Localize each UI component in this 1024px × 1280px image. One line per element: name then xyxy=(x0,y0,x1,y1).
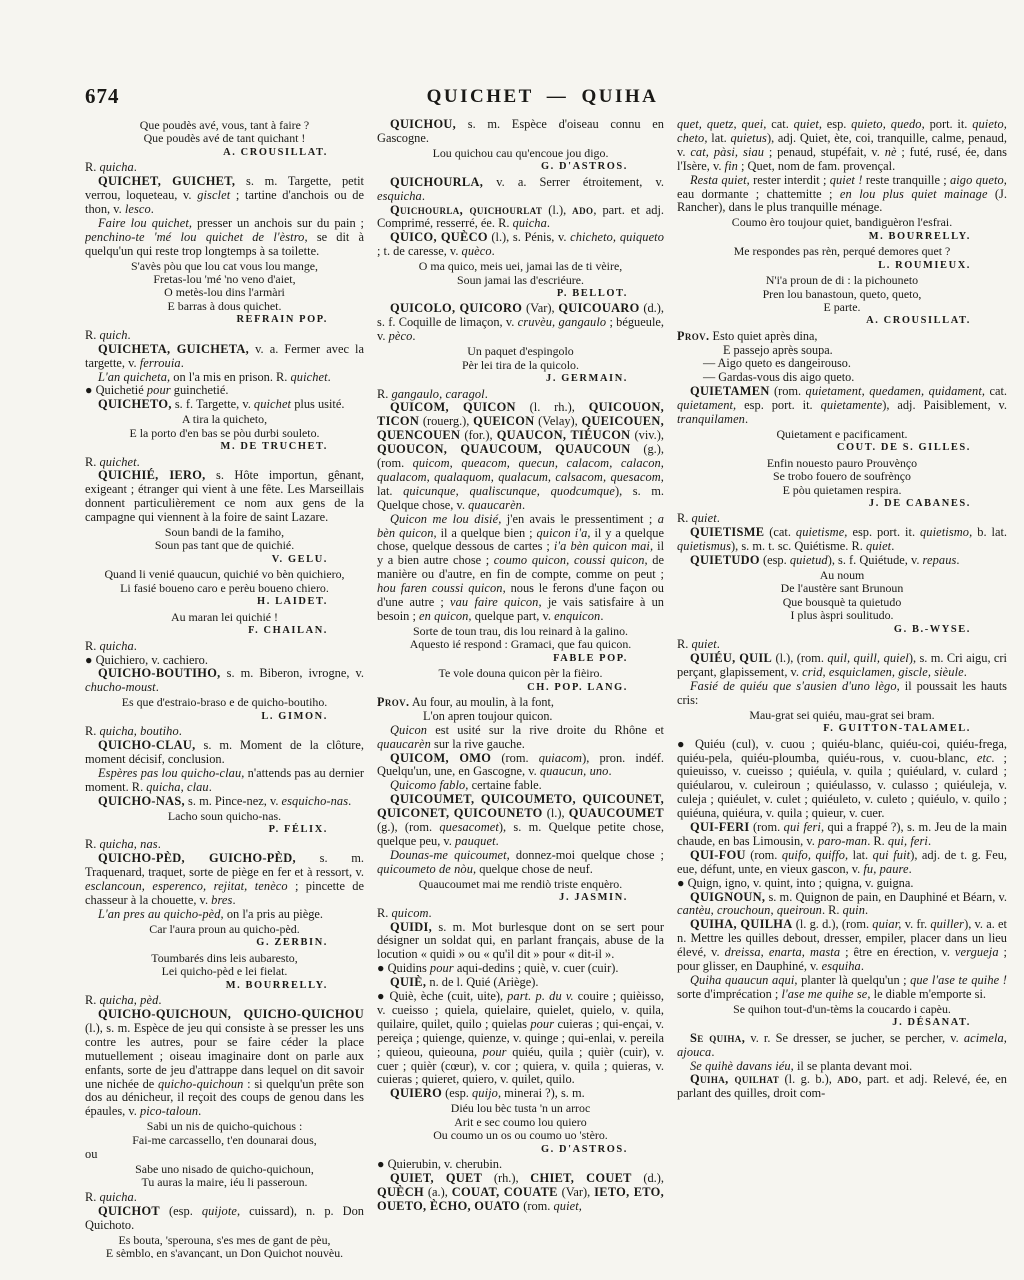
proverb-variant: — Aigo queto es dangeirouso.— Gardas-vou… xyxy=(677,357,1007,385)
verse-quote: Enfin nouesto pauro ProuvènçoSe trobo fo… xyxy=(677,457,1007,497)
verse-quote: Sabe uno nisado de quicho-quichoun,Tu au… xyxy=(85,1163,364,1190)
verse-quote: Es que d'estraio-braso e de quicho-bouti… xyxy=(85,696,364,709)
entry-paragraph: R. quiet. xyxy=(677,512,1007,526)
text-line: E passejo après soupa. xyxy=(677,344,1007,358)
verse-quote: A tira la quicheto,E la porto d'en bas s… xyxy=(85,413,364,440)
entry-paragraph: ● Quiéu (cul), v. cuou ; quiéu-blanc, qu… xyxy=(677,738,1007,821)
entry-paragraph: R. quicom. xyxy=(377,907,664,921)
entry-paragraph: QUICHOU, s. m. Espèce d'oiseau connu en … xyxy=(377,118,664,146)
entry-paragraph: QUIÉU, QUIL (l.), (rom. quil, quill, qui… xyxy=(677,652,1007,680)
citation-attribution: G. D'ASTROS. xyxy=(377,161,664,174)
column-left: Que poudès avé, vous, tant à faire ?Que … xyxy=(85,118,364,1258)
verse-quote: Lou quichou cau qu'encoue jou digo. xyxy=(377,147,664,160)
citation-attribution: F. GUITTON-TALAMEL. xyxy=(677,723,1007,736)
entry-paragraph: R. gangaulo, caragol. xyxy=(377,388,664,402)
citation-attribution: P. FÉLIX. xyxy=(85,824,364,837)
verse-quote: Toumbarés dins leis aubaresto,Lei quicho… xyxy=(85,952,364,979)
citation-attribution: M. BOURRELLY. xyxy=(85,980,364,993)
entry-paragraph: QUIDI, s. m. Mot burlesque dont on se se… xyxy=(377,921,664,963)
text-line: Me respondes pas rèn, perqué demores que… xyxy=(677,245,1007,258)
citation-attribution: A. CROUSILLAT. xyxy=(677,315,1007,328)
text-line: Soun jamai las d'escriéure. xyxy=(377,274,664,287)
entry-paragraph: quet, quetz, quei, cat. quiet, esp. quie… xyxy=(677,118,1007,174)
entry-paragraph: QUIGNOUN, s. m. Quignon de pain, en Daup… xyxy=(677,891,1007,919)
entry-paragraph: QUICHOURLA, v. a. Serrer étroitement, v.… xyxy=(377,176,664,204)
entry-paragraph: QUI-FOU (rom. quifo, quiffo, lat. qui fu… xyxy=(677,849,1007,877)
verse-quote: Sorte de toun trau, dis lou reinard à la… xyxy=(377,625,664,652)
citation-attribution: J. JASMIN. xyxy=(377,892,664,905)
entry-paragraph: ● Quichetié pour guinchetié. xyxy=(85,384,364,398)
text-line: Prov. Esto quiet après dina, xyxy=(677,330,1007,344)
text-line: Au maran lei quichié ! xyxy=(85,611,364,624)
entry-paragraph: Quiha, quilhat (l. g. b.), ado, part. et… xyxy=(677,1073,1007,1101)
entry-paragraph: R. quicha, pèd. xyxy=(85,994,364,1008)
citation-attribution: REFRAIN POP. xyxy=(85,314,364,327)
text-line: Aquesto ié respond : Gramaci, que fau qu… xyxy=(377,638,664,651)
entry-paragraph: R. quicha, boutiho. xyxy=(85,725,364,739)
citation-attribution: V. GELU. xyxy=(85,554,364,567)
entry-paragraph: Fasié de quiéu que s'ausien d'uno lègo, … xyxy=(677,680,1007,708)
text-line: Ou coumo un os ou coumo uo 'stèro. xyxy=(377,1129,664,1142)
entry-paragraph: Quichourla, quichourlat (l.), ado, part.… xyxy=(377,204,664,232)
entry-paragraph: QUICHETA, GUICHETA, v. a. Fermer avec la… xyxy=(85,343,364,371)
entry-paragraph: Quicon me lou disié, j'en avais le press… xyxy=(377,513,664,624)
entry-paragraph: QUICOM, OMO (rom. quiacom), pron. indéf.… xyxy=(377,752,664,780)
text-line: E barras à dous quichet. xyxy=(85,300,364,313)
running-head: QUICHET — QUIHA xyxy=(85,86,1000,108)
text-line: — Aigo queto es dangeirouso. xyxy=(677,357,1007,371)
entry-paragraph: QUICHO-BOUTIHO, s. m. Biberon, ivrogne, … xyxy=(85,667,364,695)
verse-quote: N'i'a proun de di : la pichounetoPren lo… xyxy=(677,274,1007,314)
columns-container: Que poudès avé, vous, tant à faire ?Que … xyxy=(85,118,1007,1258)
verse-quote: Me respondes pas rèn, perqué demores que… xyxy=(677,245,1007,258)
proverb: Prov. Au four, au moulin, à la font,L'on… xyxy=(377,696,664,724)
text-line: O metès-lou dins l'armàri xyxy=(85,286,364,299)
entry-paragraph: ou xyxy=(85,1148,364,1162)
verse-quote: Se quihon tout-d'un-tèms la coucardo i c… xyxy=(677,1003,1007,1016)
text-line: Prov. Au four, au moulin, à la font, xyxy=(377,696,664,710)
entry-paragraph: QUICHO-CLAU, s. m. Moment de la clôture,… xyxy=(85,739,364,767)
verse-quote: Car l'aura proun au quicho-pèd. xyxy=(85,923,364,936)
entry-paragraph: Quiha quaucun aqui, planter là quelqu'un… xyxy=(677,974,1007,1002)
entry-paragraph: QUICO, QUÈCO (l.), s. Pénis, v. chicheto… xyxy=(377,231,664,259)
text-line: L'on apren toujour quicon. xyxy=(377,710,664,724)
text-line: Toumbarés dins leis aubaresto, xyxy=(85,952,364,965)
text-line: Tu auras la maire, iéu li passeroun. xyxy=(85,1176,364,1189)
citation-attribution: J. GERMAIN. xyxy=(377,373,664,386)
entry-paragraph: R. quicha, nas. xyxy=(85,838,364,852)
verse-quote: Au maran lei quichié ! xyxy=(85,611,364,624)
text-line: O ma quico, meis uei, jamai las de ti vè… xyxy=(377,260,664,273)
verse-quote: O ma quico, meis uei, jamai las de ti vè… xyxy=(377,260,664,287)
page-header: 674 QUICHET — QUIHA xyxy=(85,84,1000,118)
citation-attribution: M. DE TRUCHET. xyxy=(85,441,364,454)
verse-quote: Sabi un nis de quicho-quichous :Fai-me c… xyxy=(85,1120,364,1147)
entry-paragraph: QUIETISME (cat. quietisme, esp. port. it… xyxy=(677,526,1007,554)
text-line: A tira la quicheto, xyxy=(85,413,364,426)
verse-quote: Au noumDe l'austère sant BrunounQue bous… xyxy=(677,569,1007,623)
verse-quote: S'avès pòu que lou cat vous lou mange,Fr… xyxy=(85,260,364,314)
text-line: Lacho soun quicho-nas. xyxy=(85,810,364,823)
verse-quote: Lacho soun quicho-nas. xyxy=(85,810,364,823)
entry-paragraph: QUICHOT (esp. quijote, cuissard), n. p. … xyxy=(85,1205,364,1233)
text-line: Que poudès avé de tant quichant ! xyxy=(85,132,364,145)
entry-paragraph: QUIHA, QUILHA (l. g. d.), (rom. quiar, v… xyxy=(677,918,1007,974)
entry-paragraph: QUICHETO, s. f. Targette, v. quichet plu… xyxy=(85,398,364,412)
text-line: Te vole douna quicon pèr la fièiro. xyxy=(377,667,664,680)
text-line: Es bouta, 'sperouna, s'es mes de gant de… xyxy=(85,1234,364,1247)
entry-paragraph: QUICOUMET, QUICOUMETO, QUICOUNET, QUICON… xyxy=(377,793,664,849)
text-line: Soun pas tant que de quichié. xyxy=(85,539,364,552)
entry-paragraph: ● Quidins pour aqui-dedins ; quiè, v. cu… xyxy=(377,962,664,976)
text-line: Lou quichou cau qu'encoue jou digo. xyxy=(377,147,664,160)
verse-quote: Soun bandi de la famiho,Soun pas tant qu… xyxy=(85,526,364,553)
verse-quote: Quaucoumet mai me rendiò triste enquèro. xyxy=(377,878,664,891)
citation-attribution: G. B.-WYSE. xyxy=(677,624,1007,637)
text-line: Enfin nouesto pauro Prouvènço xyxy=(677,457,1007,470)
citation-attribution: FABLE POP. xyxy=(377,653,664,666)
text-line: Soun bandi de la famiho, xyxy=(85,526,364,539)
text-line: Sorte de toun trau, dis lou reinard à la… xyxy=(377,625,664,638)
text-line: Fai-me carcassello, t'en dounarai dous, xyxy=(85,1134,364,1147)
entry-paragraph: L'an quicheta, on l'a mis en prison. R. … xyxy=(85,371,364,385)
entry-paragraph: QUICOLO, QUICORO (Var), QUICOUARO (d.), … xyxy=(377,302,664,344)
text-line: Au noum xyxy=(677,569,1007,582)
entry-paragraph: QUICHO-QUICHOUN, QUICHO-QUICHOU (l.), s.… xyxy=(85,1008,364,1119)
verse-quote: Quand li venié quaucun, quichié vo bèn q… xyxy=(85,568,364,595)
citation-attribution: H. LAIDET. xyxy=(85,596,364,609)
text-line: E pòu quietamen respira. xyxy=(677,484,1007,497)
entry-paragraph: R. quiet. xyxy=(677,638,1007,652)
entry-paragraph: ● Quierubin, v. cherubin. xyxy=(377,1158,664,1172)
citation-attribution: J. DE CABANES. xyxy=(677,498,1007,511)
entry-paragraph: QUICHET, GUICHET, s. m. Targette, petit … xyxy=(85,175,364,217)
entry-paragraph: Se quihè davans iéu, il se planta devant… xyxy=(677,1060,1007,1074)
citation-attribution: A. CROUSILLAT. xyxy=(85,147,364,160)
entry-paragraph: ● Quign, igno, v. quint, into ; quigna, … xyxy=(677,877,1007,891)
entry-paragraph: Espères pas lou quicho-clau, n'attends p… xyxy=(85,767,364,795)
entry-paragraph: R. quichet. xyxy=(85,456,364,470)
entry-paragraph: ● Quiè, èche (cuit, uite), part. p. du v… xyxy=(377,990,664,1087)
verse-quote: Es bouta, 'sperouna, s'es mes de gant de… xyxy=(85,1234,364,1258)
text-line: Se quihon tout-d'un-tèms la coucardo i c… xyxy=(677,1003,1007,1016)
entry-paragraph: QUICHO-PÈD, GUICHO-PÈD, s. m. Traquenard… xyxy=(85,852,364,908)
dictionary-page-scan: 674 QUICHET — QUIHA Que poudès avé, vous… xyxy=(0,0,1024,1280)
column-right: quet, quetz, quei, cat. quiet, esp. quie… xyxy=(677,118,1007,1258)
entry-paragraph: Dounas-me quicoumet, donnez-moi quelque … xyxy=(377,849,664,877)
text-line: E sèmblo, en s'avançant, un Don Quichot … xyxy=(85,1247,364,1258)
text-line: Fretas-lou 'mé 'no veno d'aiet, xyxy=(85,273,364,286)
entry-paragraph: R. quich. xyxy=(85,329,364,343)
entry-paragraph: QUIÈ, n. de l. Quié (Ariège). xyxy=(377,976,664,990)
verse-quote: Quietament e pacificament. xyxy=(677,428,1007,441)
text-line: Pèr lei tira de la quicolo. xyxy=(377,359,664,372)
entry-paragraph: R. quicha. xyxy=(85,1191,364,1205)
text-line: Un paquet d'espingolo xyxy=(377,345,664,358)
entry-paragraph: QUICOM, QUICON (l. rh.), QUICOUON, TICON… xyxy=(377,401,664,512)
citation-attribution: L. GIMON. xyxy=(85,711,364,724)
text-line: Coumo èro toujour quiet, bandiguèron l'e… xyxy=(677,216,1007,229)
proverb: Prov. Esto quiet après dina,E passejo ap… xyxy=(677,330,1007,358)
text-line: Es que d'estraio-braso e de quicho-bouti… xyxy=(85,696,364,709)
text-line: I plus àspri soulitudo. xyxy=(677,609,1007,622)
entry-paragraph: R. quicha. xyxy=(85,640,364,654)
entry-paragraph: QUICHO-NAS, s. m. Pince-nez, v. esquicho… xyxy=(85,795,364,809)
citation-attribution: CH. POP. LANG. xyxy=(377,682,664,695)
verse-quote: Coumo èro toujour quiet, bandiguèron l'e… xyxy=(677,216,1007,229)
citation-attribution: L. ROUMIEUX. xyxy=(677,260,1007,273)
text-line: Quietament e pacificament. xyxy=(677,428,1007,441)
citation-attribution: M. BOURRELLY. xyxy=(677,231,1007,244)
text-line: Que bousquè ta quietudo xyxy=(677,596,1007,609)
text-line: Sabe uno nisado de quicho-quichoun, xyxy=(85,1163,364,1176)
text-line: — Gardas-vous dis aigo queto. xyxy=(677,371,1007,385)
verse-quote: Que poudès avé, vous, tant à faire ?Que … xyxy=(85,119,364,146)
verse-quote: Un paquet d'espingoloPèr lei tira de la … xyxy=(377,345,664,372)
entry-paragraph: Se quiha, v. r. Se dresser, se jucher, s… xyxy=(677,1032,1007,1060)
verse-quote: Diéu lou bèc tusta 'n un arrocArit e sec… xyxy=(377,1102,664,1142)
citation-attribution: COUT. DE S. GILLES. xyxy=(677,442,1007,455)
entry-paragraph: QUIETAMEN (rom. quietament, quedamen, qu… xyxy=(677,385,1007,427)
text-line: Que poudès avé, vous, tant à faire ? xyxy=(85,119,364,132)
text-line: Quaucoumet mai me rendiò triste enquèro. xyxy=(377,878,664,891)
column-middle: QUICHOU, s. m. Espèce d'oiseau connu en … xyxy=(377,118,664,1258)
entry-paragraph: R. quicha. xyxy=(85,161,364,175)
citation-attribution: J. DÉSANAT. xyxy=(677,1017,1007,1030)
citation-attribution: P. BELLOT. xyxy=(377,288,664,301)
entry-paragraph: QUICHIÉ, IERO, s. Hôte importun, gênant,… xyxy=(85,469,364,525)
text-line: E parte. xyxy=(677,301,1007,314)
entry-paragraph: ● Quichiero, v. cachiero. xyxy=(85,654,364,668)
text-line: E la porto d'en bas se pòu durbi souleto… xyxy=(85,427,364,440)
citation-attribution: G. ZERBIN. xyxy=(85,937,364,950)
text-line: Lei quicho-pèd e lei fielat. xyxy=(85,965,364,978)
entry-paragraph: Quicon est usité sur la rive droite du R… xyxy=(377,724,664,752)
text-line: Arit e sec coumo lou quiero xyxy=(377,1116,664,1129)
text-line: Diéu lou bèc tusta 'n un arroc xyxy=(377,1102,664,1115)
text-line: Mau-grat sei quiéu, mau-grat sei bram. xyxy=(677,709,1007,722)
text-line: N'i'a proun de di : la pichouneto xyxy=(677,274,1007,287)
text-line: Se trobo fouero de soufrènço xyxy=(677,470,1007,483)
entry-paragraph: QUIET, QUET (rh.), CHIET, COUET (d.), QU… xyxy=(377,1172,664,1214)
entry-paragraph: QUI-FERI (rom. qui feri, qui a frappé ?)… xyxy=(677,821,1007,849)
entry-paragraph: QUIETUDO (esp. quietud), s. f. Quiétude,… xyxy=(677,554,1007,568)
text-line: Sabi un nis de quicho-quichous : xyxy=(85,1120,364,1133)
entry-paragraph: L'an pres au quicho-pèd, on l'a pris au … xyxy=(85,908,364,922)
verse-quote: Te vole douna quicon pèr la fièiro. xyxy=(377,667,664,680)
entry-paragraph: Resta quiet, rester interdit ; quiet ! r… xyxy=(677,174,1007,216)
text-line: Li fasié boueno caro e perèu boueno chie… xyxy=(85,582,364,595)
verse-quote: Mau-grat sei quiéu, mau-grat sei bram. xyxy=(677,709,1007,722)
citation-attribution: G. D'ASTROS. xyxy=(377,1144,664,1157)
text-line: Car l'aura proun au quicho-pèd. xyxy=(85,923,364,936)
text-line: S'avès pòu que lou cat vous lou mange, xyxy=(85,260,364,273)
entry-paragraph: Faire lou quichet, presser un anchois su… xyxy=(85,217,364,259)
citation-attribution: F. CHAILAN. xyxy=(85,625,364,638)
text-line: Quand li venié quaucun, quichié vo bèn q… xyxy=(85,568,364,581)
text-line: Pren lou banastoun, queto, queto, xyxy=(677,288,1007,301)
entry-paragraph: QUIERO (esp. quijo, minerai ?), s. m. xyxy=(377,1087,664,1101)
text-line: De l'austère sant Brunoun xyxy=(677,582,1007,595)
entry-paragraph: Quicomo fablo, certaine fable. xyxy=(377,779,664,793)
